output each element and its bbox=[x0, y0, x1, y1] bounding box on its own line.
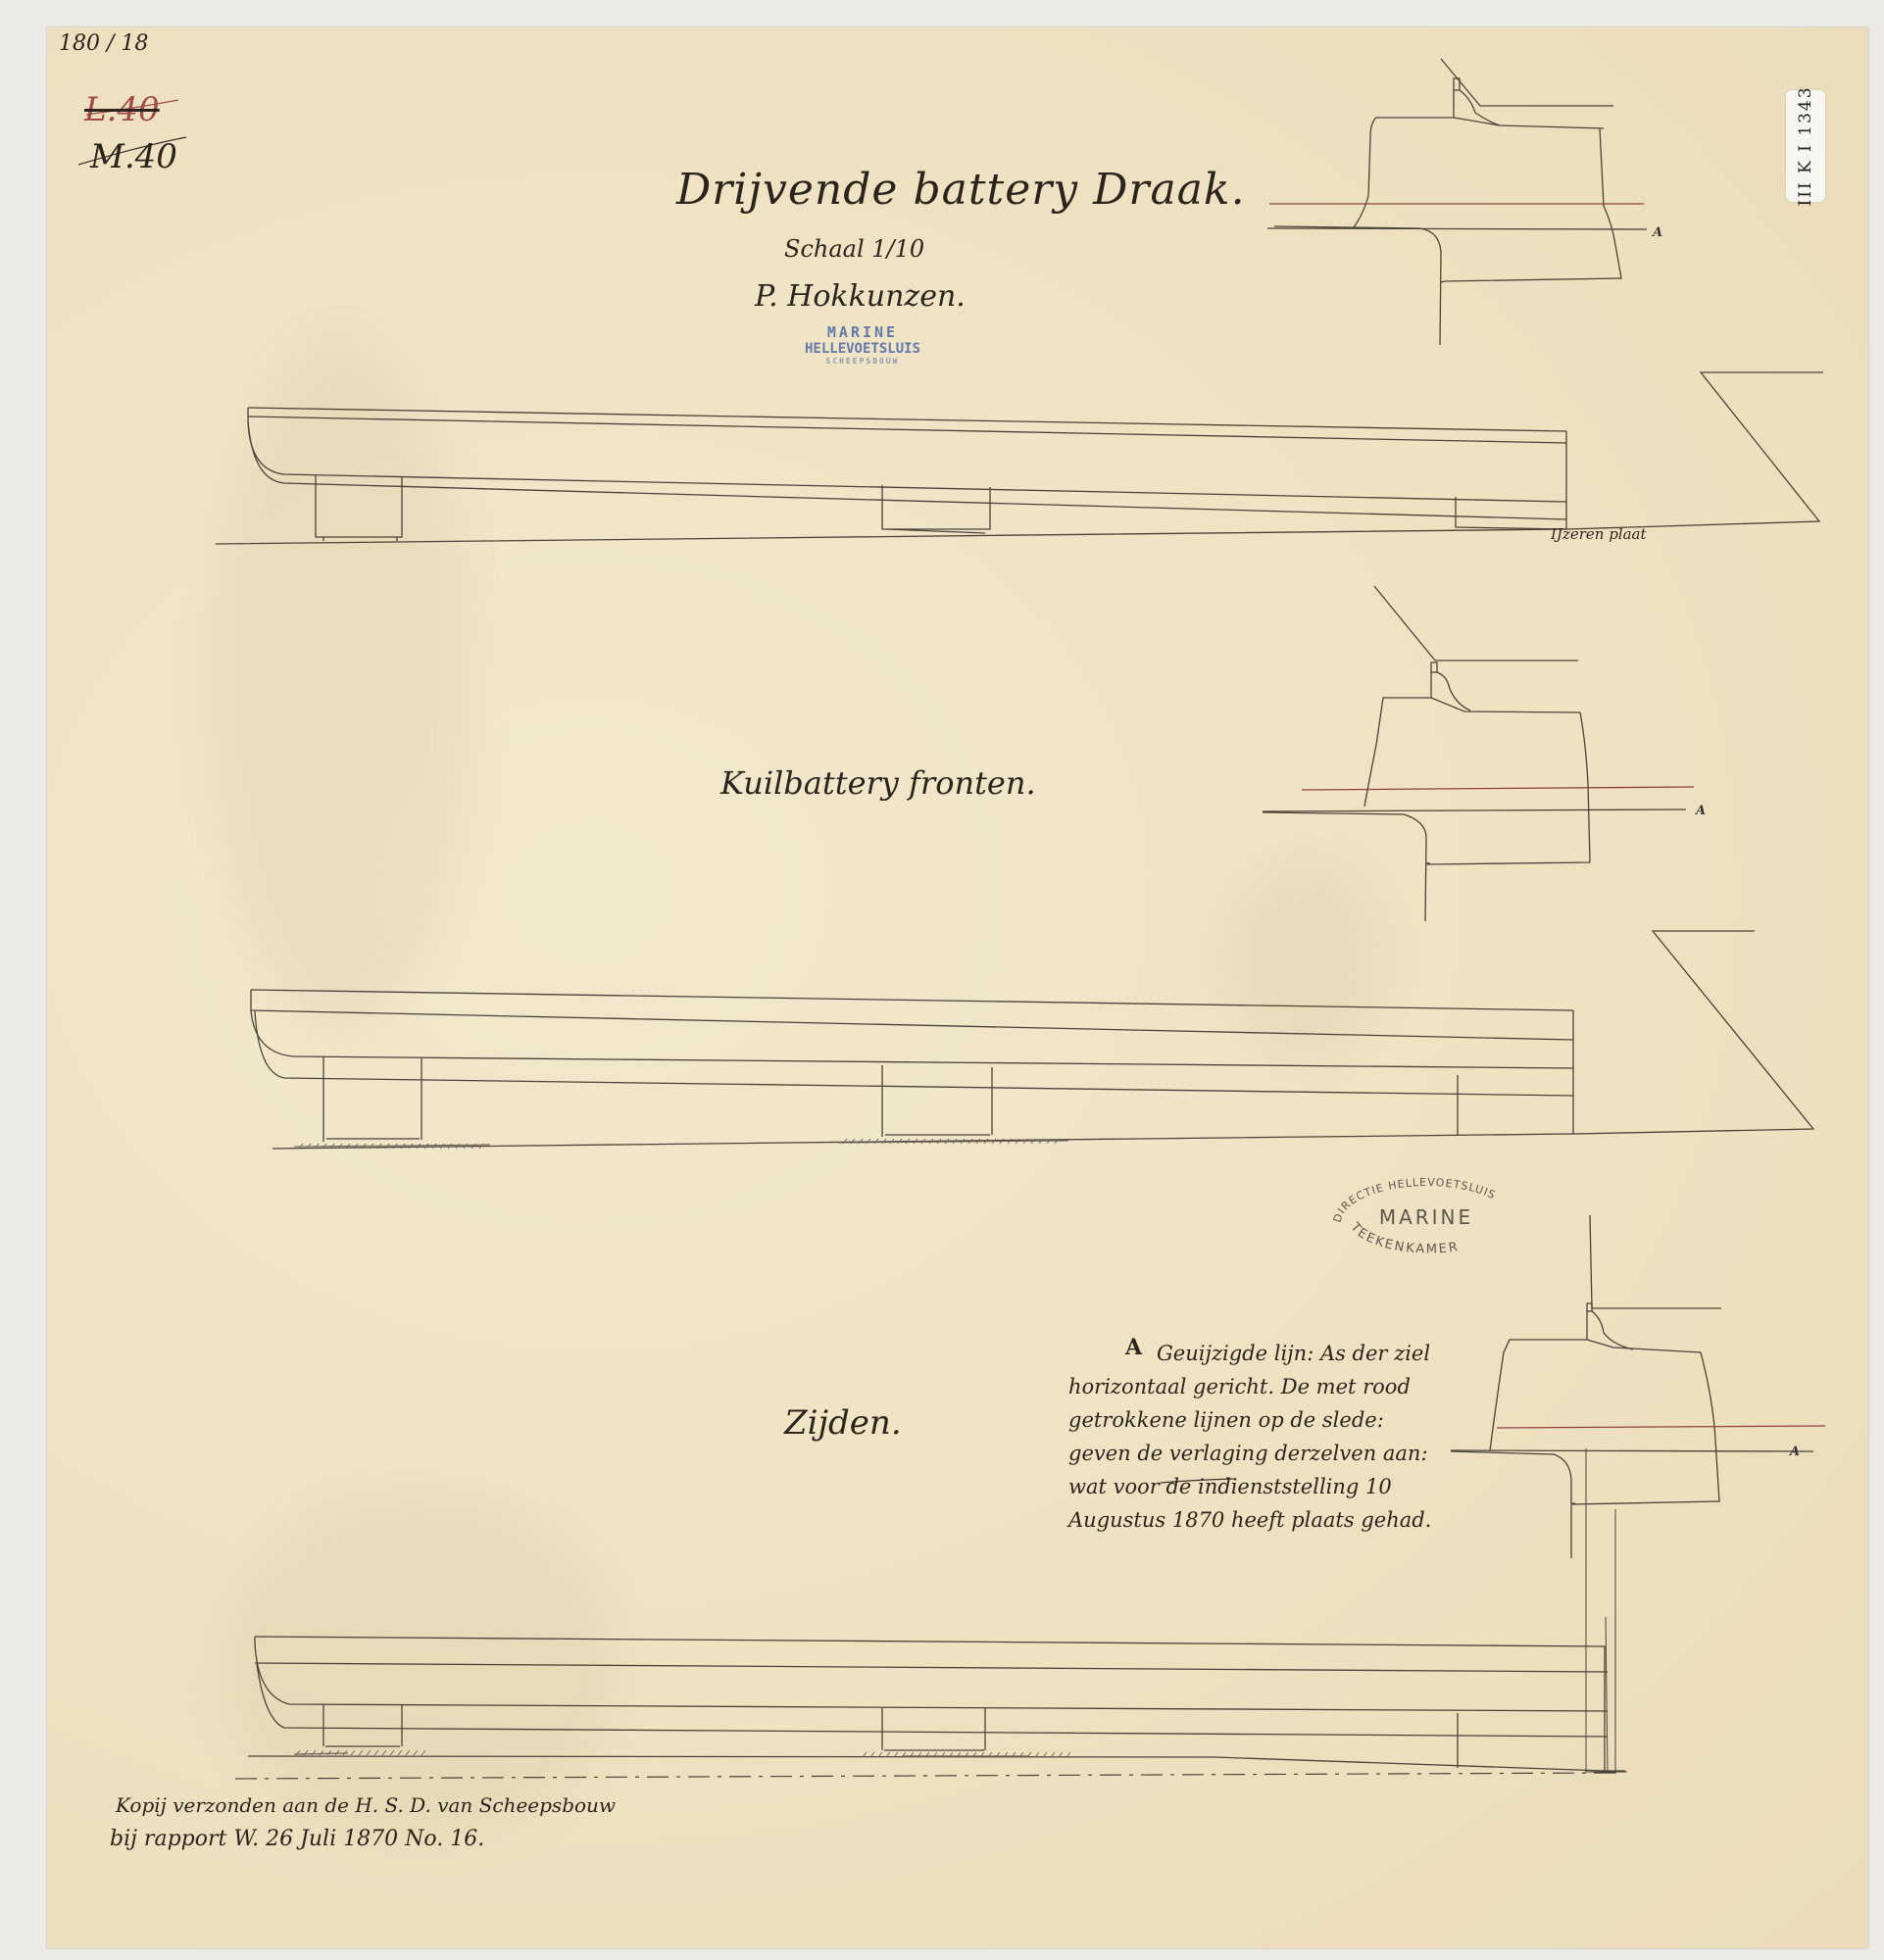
gun-slide-elevation-top bbox=[216, 372, 1823, 544]
view-title-bottom: Zijden. bbox=[784, 1403, 902, 1443]
teekenkamer-stamp: DIRECTIE HELLEVOETSLUIS TEEKENKAMER MARI… bbox=[1323, 1176, 1529, 1264]
cross-section-top: A bbox=[1267, 59, 1662, 345]
underlines bbox=[78, 100, 1235, 1483]
corner-number: 180 / 18 bbox=[59, 31, 148, 56]
footer-note-line-2: bij rapport W. 26 Juli 1870 No. 16. bbox=[110, 1827, 484, 1851]
archive-label: III K I 1343 bbox=[1786, 90, 1825, 202]
archive-label-text: III K I 1343 bbox=[1796, 85, 1815, 206]
section-marker-a: A bbox=[1694, 804, 1706, 818]
gun-slide-elevation-middle bbox=[251, 931, 1813, 1149]
section-marker-a: A bbox=[1651, 225, 1662, 240]
stamp-center: MARINE bbox=[1323, 1205, 1529, 1229]
stamp-line-1: MARINE bbox=[774, 323, 951, 341]
footer-note-line-1: Kopij verzonden aan de H. S. D. van Sche… bbox=[116, 1793, 616, 1817]
drawing-title: Drijvende battery Draak. bbox=[676, 165, 1246, 215]
iron-plate-annotation: IJzeren plaat bbox=[1551, 525, 1647, 543]
stamp-line-2: HELLEVOETSLUIS bbox=[774, 341, 951, 357]
note-text: Geuijzigde lijn: As der ziel horizontaal… bbox=[1068, 1337, 1441, 1537]
drawing-author: P. Hokkunzen. bbox=[755, 279, 966, 314]
crossed-reference: L.40 bbox=[84, 90, 160, 129]
marine-stamp: MARINE HELLEVOETSLUIS SCHEEPSBOUW bbox=[774, 323, 951, 366]
stamp-line-3: SCHEEPSBOUW bbox=[774, 357, 951, 366]
view-title-middle: Kuilbattery fronten. bbox=[720, 764, 1036, 802]
cross-section-bottom: A bbox=[1451, 1215, 1825, 1558]
drawing-scale: Schaal 1/10 bbox=[784, 235, 924, 263]
section-marker-a: A bbox=[1788, 1445, 1800, 1459]
sheet-reference: M.40 bbox=[90, 137, 177, 176]
cross-section-middle: A bbox=[1263, 586, 1706, 921]
